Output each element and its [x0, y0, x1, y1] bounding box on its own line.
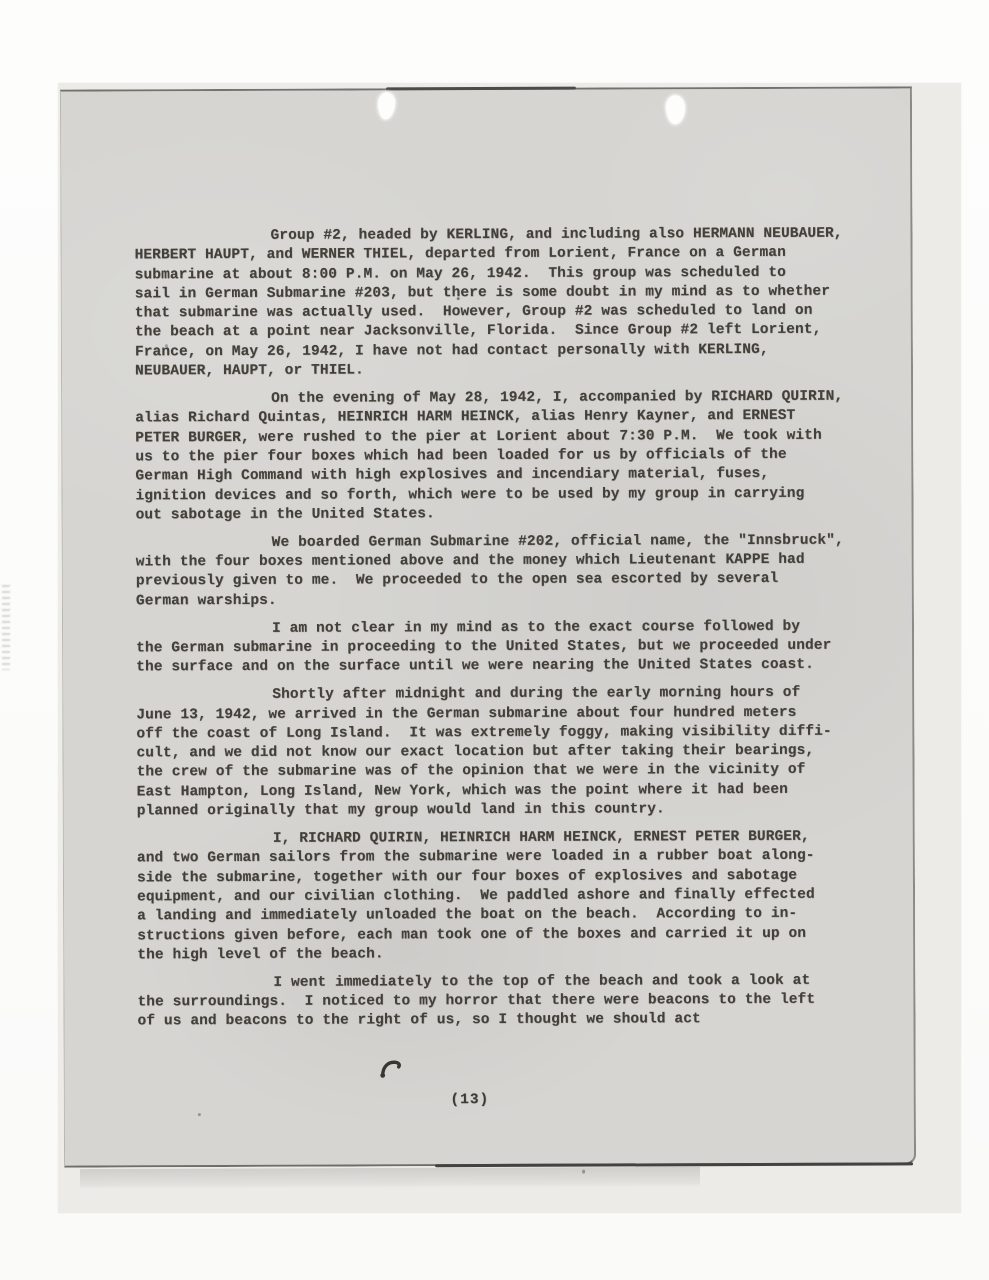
text-line: side the submarine, together with our fo… [137, 866, 853, 888]
text-line: submarine at about 8:00 P.M. on May 26, … [135, 263, 851, 285]
text-line: a landing and immediately unloaded the b… [137, 905, 853, 927]
text-line: June 13, 1942, we arrived in the German … [136, 703, 852, 725]
document-text: Group #2, headed by KERLING, and includi… [134, 225, 853, 1032]
scan-speck [198, 1113, 201, 1116]
text-line: the surface and on the surface until we … [136, 656, 852, 678]
paragraph-departure: On the evening of May 28, 1942, I, accom… [135, 388, 852, 526]
document-page: Group #2, headed by KERLING, and includi… [60, 86, 916, 1167]
text-line: and two German sailors from the submarin… [137, 847, 853, 869]
text-line: of us and beacons to the right of us, so… [137, 1010, 853, 1032]
text-line: Shortly after midnight and during the ea… [136, 684, 852, 706]
paragraph-group2: Group #2, headed by KERLING, and includi… [134, 225, 851, 382]
scan-speck [165, 344, 168, 347]
text-line: NEUBAUER, HAUPT, or THIEL. [135, 360, 851, 382]
hole-punch-icon [665, 95, 685, 125]
pen-mark [378, 1056, 408, 1082]
text-line: East Hampton, Long Island, New York, whi… [137, 780, 853, 802]
scan-speck [582, 1170, 585, 1174]
text-line: structions given before, each man took o… [137, 924, 853, 946]
paragraph-submarine-202: We boarded German Submarine #202, offici… [136, 531, 852, 611]
scan-edge-line-top [386, 87, 576, 91]
text-line: alias Richard Quintas, HEINRICH HARM HEI… [135, 407, 851, 429]
paragraph-beacons: I went immediately to the top of the bea… [137, 971, 853, 1032]
margin-scribble [2, 585, 10, 670]
text-line: the high level of the beach. [137, 943, 853, 965]
text-line: the crew of the submarine was of the opi… [137, 761, 853, 783]
text-line: HERBERT HAUPT, and WERNER THIEL, departe… [135, 244, 851, 266]
page-number: (13) [112, 1091, 828, 1110]
scan-speck [457, 297, 460, 300]
text-line: planned originally that my group would l… [137, 800, 853, 822]
scanned-document-view: Group #2, headed by KERLING, and includi… [0, 0, 989, 1280]
text-line: German warships. [136, 589, 852, 611]
paragraph-landing: I, RICHARD QUIRIN, HEINRICH HARM HEINCK,… [137, 828, 854, 966]
text-line: the surroundings. I noticed to my horror… [137, 991, 853, 1013]
text-line: PETER BURGER, were rushed to the pier at… [135, 426, 851, 448]
text-line: German High Command with high explosives… [135, 465, 851, 487]
paragraph-course: I am not clear in my mind as to the exac… [136, 617, 852, 678]
page-bottom-edge [80, 1167, 700, 1189]
paragraph-arrival-long-island: Shortly after midnight and during the ea… [136, 684, 853, 822]
text-line: out sabotage in the United States. [136, 503, 852, 525]
text-line: previously given to me. We proceeded to … [136, 570, 852, 592]
hole-punch-icon [377, 92, 395, 120]
text-line: the beach at a point near Jacksonville, … [135, 321, 851, 343]
text-line: ignition devices and so forth, which wer… [135, 484, 851, 506]
text-line: France, on May 26, 1942, I have not had … [135, 340, 851, 362]
